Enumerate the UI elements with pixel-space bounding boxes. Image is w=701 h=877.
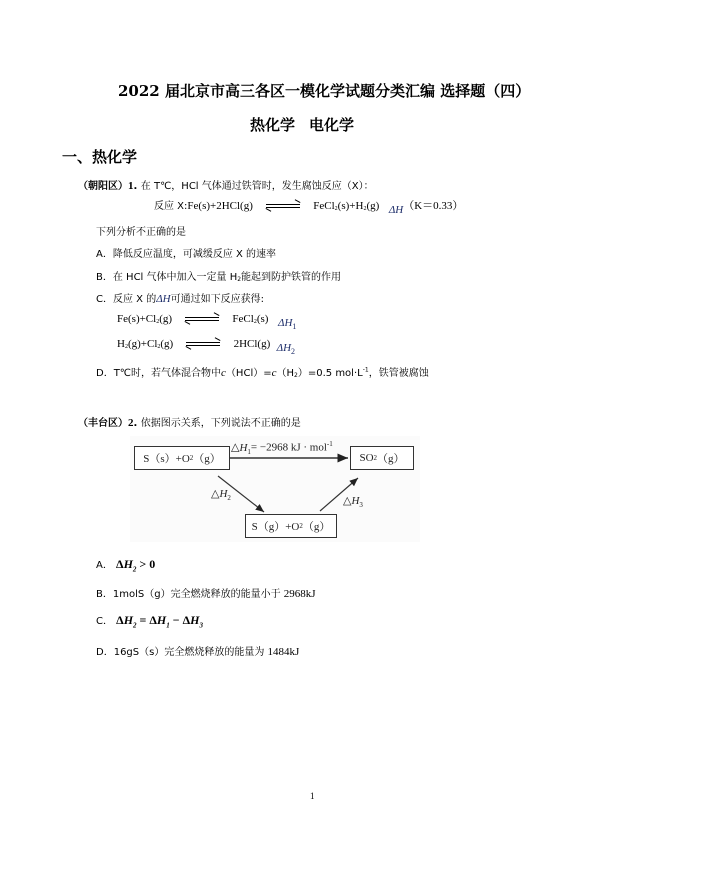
page-number: 1 (310, 791, 315, 801)
enthalpy-cycle-diagram: S（s）+O2（g） SO2（g） S（g）+O2（g） △H1= −2968 … (130, 436, 420, 542)
option-1c: C．反应 X 的ΔH可通过如下反应获得: (96, 290, 264, 305)
reactant-box: S（s）+O2（g） (134, 446, 230, 470)
option-letter: A． (96, 249, 113, 260)
document-subtitle: 热化学电化学 (250, 114, 354, 135)
option-2d: D．16gS（s）完全燃烧释放的能量为 1484kJ (96, 643, 299, 658)
question-text: 依据图示关系，下列说法不正确的是 (141, 418, 301, 429)
question-text: 在 T℃，HCl 气体通过铁管时，发生腐蚀反应（X）： (141, 181, 374, 192)
equilibrium-arrow-icon (185, 315, 219, 323)
option-2b: B．1molS（g）完全燃烧释放的能量小于 2968kJ (96, 585, 316, 600)
question-1-stem: （朝阳区）1. 在 T℃，HCl 气体通过铁管时，发生腐蚀反应（X）： (78, 177, 374, 192)
intermediate-box: S（g）+O2（g） (245, 514, 337, 538)
option-text: 降低反应温度，可减缓反应 X 的速率 (113, 249, 276, 260)
subtitle-thermochemistry: 热化学 (250, 116, 295, 134)
equilibrium-arrow-icon (186, 340, 220, 348)
option-letter: D． (96, 368, 114, 379)
option-letter: C． (96, 616, 113, 627)
subtitle-electrochemistry: 电化学 (309, 116, 354, 134)
option-formula: ΔH2 > 0 (116, 557, 155, 571)
reaction-left: Fe(s)+2HCl(g) (187, 200, 252, 212)
option-letter: A． (96, 560, 113, 571)
delta-h1-label: △H1= −2968 kJ · mol-1 (231, 440, 333, 456)
section-heading: 一、热化学 (62, 146, 137, 167)
option-formula: ΔH2 = ΔH1 − ΔH3 (116, 613, 203, 627)
option-2c: C． ΔH2 = ΔH1 − ΔH3 (96, 612, 203, 629)
option-1d: D．T℃时，若气体混合物中c（HCl）=c（H2）=0.5 mol·L-1，铁管… (96, 364, 429, 379)
reaction-label: 反应 X: (154, 201, 187, 212)
option-letter: D． (96, 647, 114, 658)
option-2a: A． ΔH2 > 0 (96, 556, 155, 573)
delta-h2-label: △H2 (211, 487, 231, 502)
reaction-right: FeCl2(s)+H2(g) (313, 200, 379, 212)
option-letter: B． (96, 272, 113, 283)
option-1b: B．在 HCl 气体中加入一定量 H2能起到防护铁管的作用 (96, 268, 341, 283)
question-source: （朝阳区） (78, 181, 128, 192)
sub-reaction-1: Fe(s)+Cl2(g) FeCl2(s) ΔH1 (117, 313, 296, 327)
delta-h-symbol: ΔH (389, 204, 403, 216)
equilibrium-arrow-icon (266, 202, 300, 210)
delta-h1-symbol: ΔH1 (278, 317, 296, 329)
delta-h3-label: △H3 (343, 494, 363, 509)
delta-h-symbol: ΔH (156, 293, 170, 305)
question-1-prompt: 下列分析不正确的是 (96, 223, 186, 238)
k-value: （K＝0.33） (403, 200, 463, 212)
delta-h2-symbol: ΔH2 (277, 342, 295, 354)
option-letter: B． (96, 589, 113, 600)
sub-reaction-2: H2(g)+Cl2(g) 2HCl(g) ΔH2 (117, 338, 295, 352)
option-letter: C． (96, 294, 113, 305)
option-1a: A．降低反应温度，可减缓反应 X 的速率 (96, 245, 276, 260)
product-box: SO2（g） (350, 446, 414, 470)
question-2-stem: （丰台区）2. 依据图示关系，下列说法不正确的是 (78, 414, 301, 429)
question-source: （丰台区） (78, 418, 128, 429)
reaction-x: 反应 X:Fe(s)+2HCl(g) FeCl2(s)+H2(g) ΔH（K＝0… (154, 197, 463, 213)
document-title: 2022 届北京市高三各区一模化学试题分类汇编 选择题（四） (118, 80, 530, 101)
